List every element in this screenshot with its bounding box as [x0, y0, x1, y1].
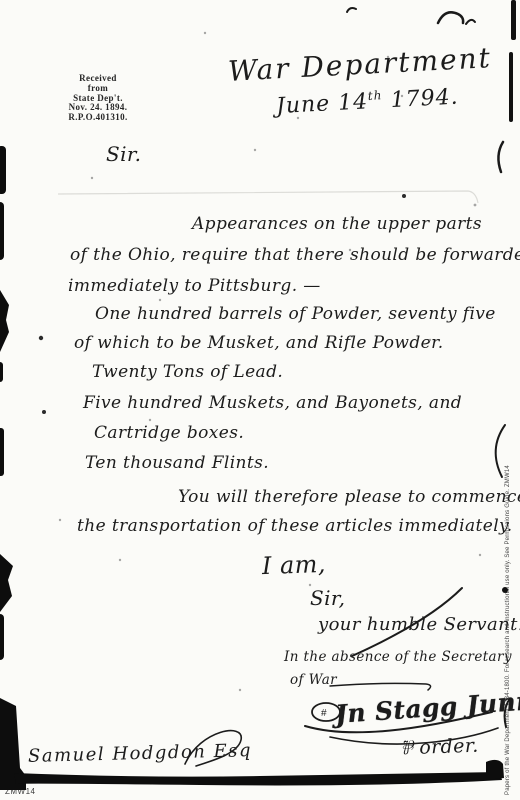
salutation: Sir. [106, 143, 141, 165]
body-line: of the Ohio, require that there should b… [70, 246, 520, 265]
letterhead-office: War Department [227, 43, 492, 88]
margin-note-vertical: Papers of the War Department 1784-1800. … [505, 427, 511, 795]
body-line: the transportation of these articles imm… [77, 517, 513, 536]
body-line: You will therefore please to commence [178, 488, 520, 507]
stamp-line: R.P.O.401310. [48, 113, 148, 123]
closing-servant: your humble Servant. [318, 615, 520, 635]
body-line: immediately to Pittsburg. — [68, 277, 321, 296]
date-main: June 14 [275, 89, 368, 119]
absence-note-line-1: In the absence of the Secretary [284, 650, 512, 665]
date-ordinal: th [367, 88, 382, 103]
signature: Jn Stagg Junr. [334, 687, 520, 728]
left-edge-artifacts [0, 146, 26, 790]
letterhead-date: June 14th 1794. [275, 85, 459, 119]
absence-note-line-2: of War [290, 673, 337, 688]
date-year: 1794. [382, 85, 459, 114]
body-line: Cartridge boxes. [94, 424, 244, 443]
paper-crease [58, 191, 478, 203]
body-line: One hundred barrels of Powder, seventy f… [95, 305, 496, 324]
received-stamp: Received from State Dep't. Nov. 24. 1894… [48, 74, 148, 123]
closing-i-am: I am, [262, 551, 327, 580]
archivist-mark: # [321, 708, 327, 719]
archive-code-label: ZMW14 [5, 787, 36, 796]
body-line: Five hundred Muskets, and Bayonets, and [83, 394, 462, 413]
body-line: of which to be Musket, and Rifle Powder. [74, 334, 444, 353]
addressee: Samuel Hodgdon Esq [28, 741, 252, 767]
body-line: Ten thousand Flints. [85, 454, 269, 473]
body-line: Appearances on the upper parts [192, 215, 482, 234]
closing-sir: Sir, [310, 587, 345, 609]
scanned-letter-page: Received from State Dep't. Nov. 24. 1894… [0, 0, 520, 800]
body-line: Twenty Tons of Lead. [92, 363, 283, 382]
per-order-note: ⅌ order. [400, 736, 479, 760]
